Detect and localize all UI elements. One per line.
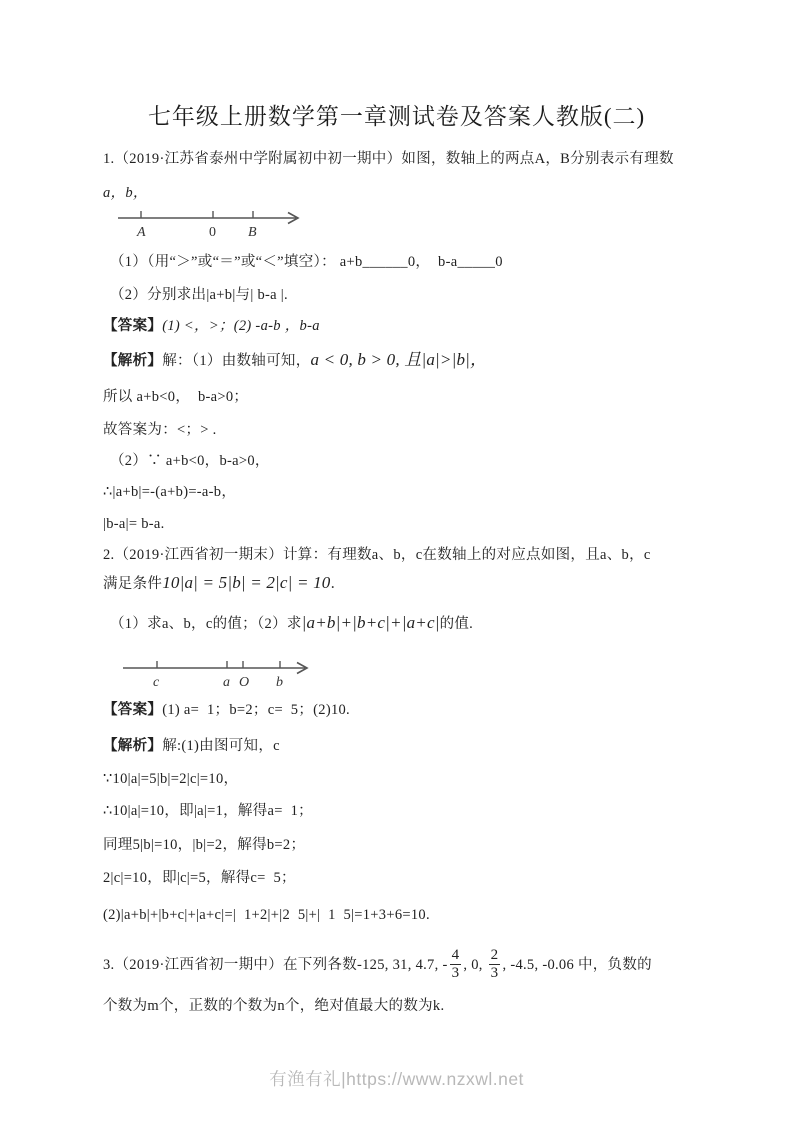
q1-analysis-l4: （2）∵ a+b<0，b-a>0， [110,452,270,471]
q2-analysis-l3: ∴10|a|=10，即|a|=1，解得a= 1； [103,802,313,821]
q1-analysis-l2: 所以 a+b<0， b-a>0； [103,388,248,407]
q2-stem-line1: 2.（2019·江西省初一期末）计算：有理数a、b，c在数轴上的对应点如图，且a… [103,546,651,565]
q2-condition: 满足条件10|a| = 5|b| = 2|c| = 10． [103,573,345,594]
q2-analysis-l2: ∵10|a|=5|b|=2|c|=10， [103,770,238,789]
q3-stem-seg1: 3.（2019·江西省初一期中）在下列各数-125, 31, 4.7, - [103,956,448,975]
q1-analysis-l1: 【解析】解：（1）由数轴可知，a < 0, b > 0, 且|a|>|b|， [103,350,487,371]
q2-analysis-l5: 2|c|=10，即|c|=5，解得c= 5； [103,869,296,888]
fraction-denominator: 3 [450,964,462,982]
q2-parts-prefix: （1）求a、b，c的值；（2）求 [110,616,302,632]
nl2-label-b: b [276,675,283,690]
number-line-1: A 0 B [110,202,310,244]
q1-part1: （1）（用“＞”或“＝”或“＜”填空）： a+b______0， b-a____… [110,253,503,272]
q1-stem-line1: 1.（2019·江苏省泰州中学附属初中初一期中）如图，数轴上的两点A，B分别表示… [103,150,674,169]
q1-analysis-l6: |b-a|= b-a. [103,515,165,534]
q2-analysis-l4: 同理5|b|=10，|b|=2，解得b=2； [103,836,305,855]
fraction-4-3: 43 [450,947,462,983]
q2-analysis-l6: (2)|a+b|+|b+c|+|a+c|=| 1+2|+|2 5|+| 1 5|… [103,906,430,925]
nl2-label-a: a [223,675,230,690]
q1-stem-line2: a，b， [103,184,148,203]
number-line-2: c a O b [115,652,330,694]
page-title: 七年级上册数学第一章测试卷及答案人教版(二) [0,98,793,131]
answer-label: 【答案】 [103,318,162,334]
fraction-denominator: 3 [489,964,501,982]
q1-analysis-intro: 解：（1）由数轴可知， [162,353,310,369]
nl2-label-O: O [239,675,249,690]
q2-analysis-intro: 解:(1)由图可知，c [162,738,280,754]
nl1-label-A: A [136,225,146,240]
fraction-numerator: 4 [452,947,460,964]
nl1-label-B: B [248,225,257,240]
q3-stem-line1: 3.（2019·江西省初一期中）在下列各数-125, 31, 4.7, -43,… [103,948,652,984]
q2-parts-suffix: 的值. [440,616,474,632]
document-page: 七年级上册数学第一章测试卷及答案人教版(二) 1.（2019·江苏省泰州中学附属… [0,0,793,1122]
q2-answer: 【答案】(1) a= 1；b=2；c= 5；(2)10. [103,701,350,720]
q1-part2: （2）分别求出|a+b|与| b-a |. [110,286,288,305]
q2-cond-prefix: 满足条件 [103,576,162,592]
q2-parts: （1）求a、b，c的值；（2）求|a+b|+|b+c|+|a+c|的值. [110,613,473,634]
q2-cond-suffix: ． [331,576,346,592]
fraction-2-3: 23 [489,947,501,983]
q1-analysis-l5: ∴|a+b|=-(a+b)=-a-b， [103,483,236,502]
q1-analysis-l3: 故答案为：<；> . [103,421,217,440]
nl2-label-c: c [153,675,160,690]
q2-parts-math: |a+b|+|b+c|+|a+c| [302,613,440,632]
q2-analysis-l1: 【解析】解:(1)由图可知，c [103,737,280,756]
q3-stem-seg3: , -4.5, -0.06 中，负数的 [502,956,651,975]
q2-cond-math: 10|a| = 5|b| = 2|c| = 10 [162,573,330,592]
q3-stem-seg2: , 0, [463,956,486,975]
q1-analysis-intro-math: a < 0, b > 0, 且|a|>|b|， [311,350,488,369]
analysis-label: 【解析】 [103,353,162,369]
q1-answer: 【答案】(1) <，>；(2) -a-b ，b-a [103,317,320,336]
answer-label: 【答案】 [103,702,162,718]
analysis-label: 【解析】 [103,738,162,754]
fraction-numerator: 2 [491,947,499,964]
q2-answer-text: (1) a= 1；b=2；c= 5；(2)10. [162,702,350,718]
watermark-footer: 有渔有礼|https://www.nzxwl.net [0,1066,793,1091]
nl1-label-0: 0 [209,225,216,240]
q1-answer-text: (1) <，>；(2) -a-b ，b-a [162,318,320,334]
q3-stem-line2: 个数为m个，正数的个数为n个，绝对值最大的数为k. [103,997,444,1016]
